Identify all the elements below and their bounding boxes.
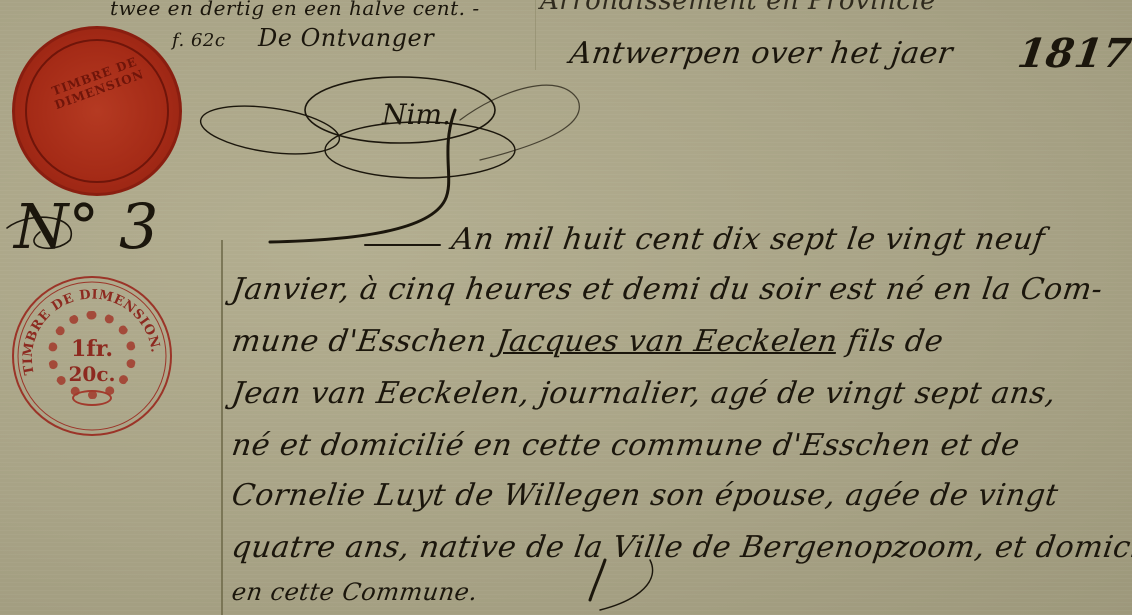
wax-seal-text: TIMBRE DE DIMENSION bbox=[15, 42, 179, 124]
body-line-1: An mil huit cent dix sept le vingt neuf bbox=[450, 222, 1048, 257]
commune-text: mune d'Esschen bbox=[230, 324, 490, 359]
margin-line bbox=[221, 240, 223, 615]
fils-de-text: fils de bbox=[845, 324, 946, 359]
body-line-2: Janvier, à cinq heures et demi du soir e… bbox=[230, 272, 1105, 307]
ribbon-bow-icon bbox=[72, 390, 112, 406]
body-line-4: Jean van Eeckelen, journalier, agé de vi… bbox=[230, 376, 1059, 411]
top-note-line: twee en dertig en een halve cent. - bbox=[110, 0, 480, 20]
body-line-3: mune d'Esschen Jacques van Eeckelen fils… bbox=[230, 324, 946, 359]
top-ruled-line bbox=[535, 0, 536, 70]
header-partial: Arrondissement en Provincie bbox=[540, 0, 936, 16]
body-line-7: quatre ans, native de la Ville de Bergen… bbox=[230, 530, 1132, 565]
body-line-8: en cette Commune. bbox=[230, 578, 480, 606]
timbre-value-cents: 20c. bbox=[14, 362, 170, 386]
year: 1817 bbox=[1015, 30, 1132, 77]
place-year-line: Antwerpen over het jaer bbox=[568, 36, 956, 71]
child-name: Jacques van Eeckelen bbox=[494, 324, 840, 359]
receiver-signature: De Ontvanger bbox=[258, 24, 434, 52]
timbre-stamp: TIMBRE DE DIMENSION. 1fr. 20c. bbox=[12, 276, 172, 436]
wax-seal-stamp: TIMBRE DE DIMENSION bbox=[12, 26, 182, 196]
fee-amount: f. 62c bbox=[172, 30, 225, 51]
body-line-5: né et domicilié en cette commune d'Essch… bbox=[230, 428, 1023, 463]
act-number: N° 3 bbox=[14, 190, 158, 263]
body-line-6: Cornelie Luyt de Willegen son épouse, ag… bbox=[230, 478, 1061, 513]
timbre-value-francs: 1fr. bbox=[14, 336, 170, 362]
